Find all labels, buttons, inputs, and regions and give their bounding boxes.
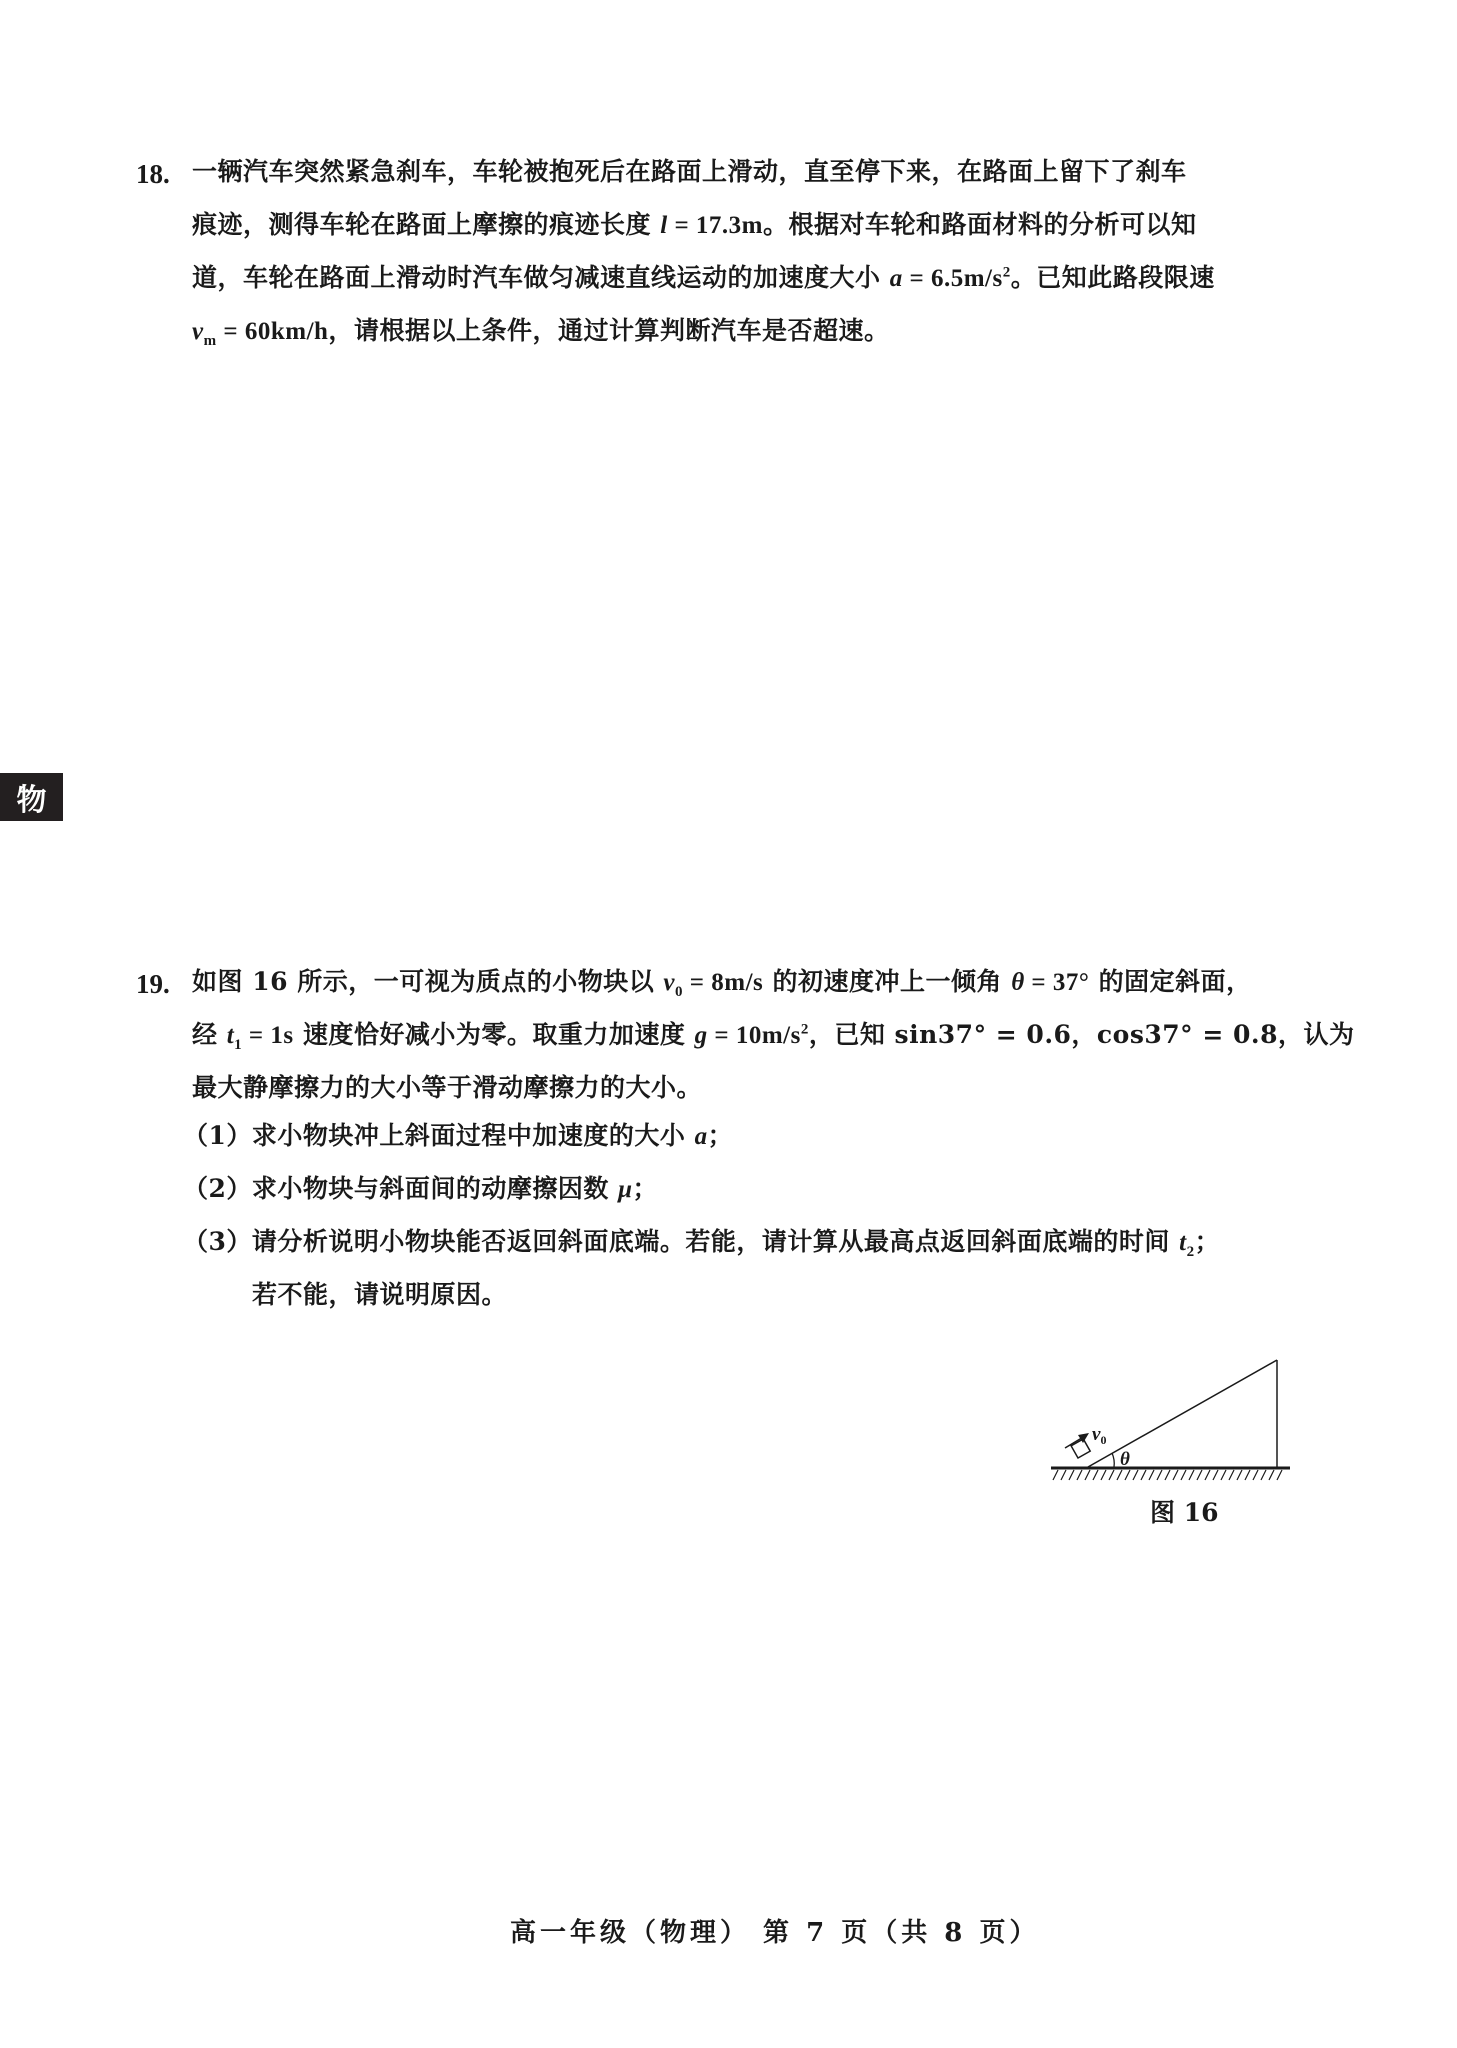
page-footer: 高一年级（物理） 第 7 页（共 8 页）: [510, 1912, 1039, 1949]
sub-question-3-line-2: 若不能，请说明原因。: [252, 1273, 507, 1316]
angle-arc: [1112, 1453, 1114, 1467]
sub-question-1: （1）求小物块冲上斜面过程中加速度的大小 a；: [183, 1114, 733, 1158]
question-19-line-1: 如图 16 所示，一可视为质点的小物块以 v0 = 8m/s 的初速度冲上一倾角…: [192, 960, 1252, 1004]
ground-hatching: [1053, 1470, 1282, 1480]
velocity-label: v0: [1092, 1424, 1106, 1447]
sub-question-3: （3）请分析说明小物块能否返回斜面底端。若能，请计算从最高点返回斜面底端的时间 …: [183, 1220, 1220, 1264]
question-number: 19.: [136, 963, 170, 1006]
figure-caption: 图 16: [1150, 1493, 1219, 1529]
question-19-line-2: 经 t1 = 1s 速度恰好减小为零。取重力加速度 g = 10m/s2，已知 …: [192, 1013, 1355, 1057]
sub-question-2: （2）求小物块与斜面间的动摩擦因数 μ；: [183, 1167, 658, 1211]
angle-label: θ: [1120, 1449, 1130, 1470]
incline-surface: [1088, 1360, 1277, 1467]
question-19: 19. 如图 16 所示，一可视为质点的小物块以 v0 = 8m/s 的初速度冲…: [0, 0, 1457, 1400]
question-19-line-3: 最大静摩擦力的大小等于滑动摩擦力的大小。: [192, 1066, 702, 1109]
